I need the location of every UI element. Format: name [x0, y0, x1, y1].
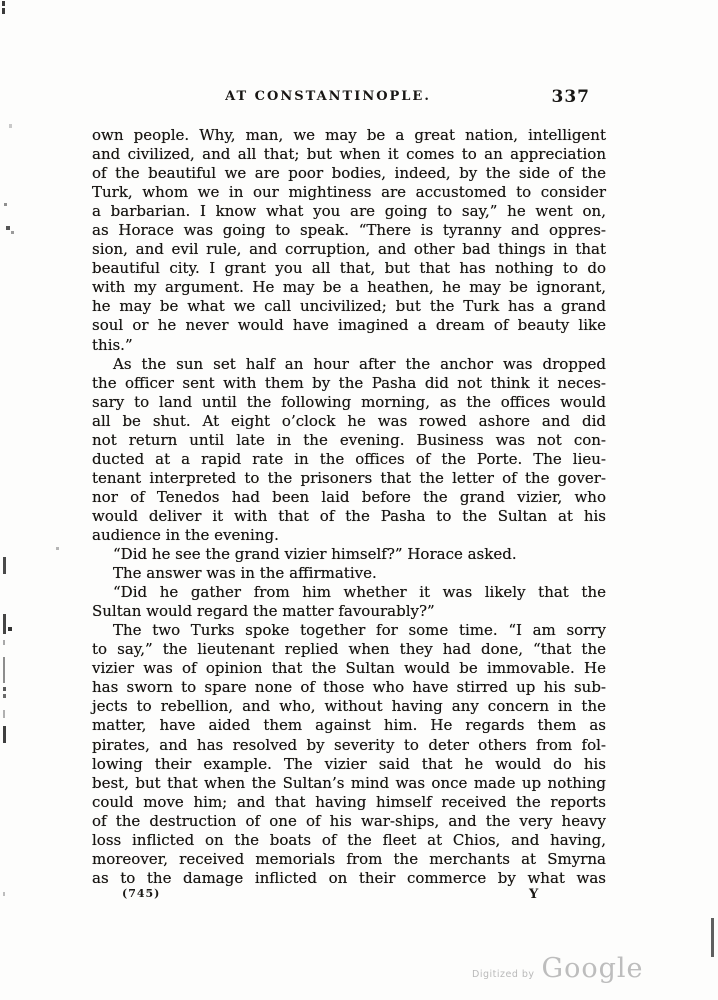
text-line: best, but that when the Sultan’s mind wa… — [92, 774, 606, 793]
text-line: could move him; and that having himself … — [92, 793, 606, 812]
text-line: As the sun set half an hour after the an… — [92, 355, 606, 374]
scan-artifact — [3, 892, 5, 896]
scan-artifact — [4, 203, 7, 206]
scan-artifact — [3, 657, 5, 683]
page-number: 337 — [552, 87, 591, 107]
text-line: this.” — [92, 336, 606, 355]
text-line: the officer sent with them by the Pasha … — [92, 374, 606, 393]
scan-artifact — [3, 694, 6, 698]
text-line: vizier was of opinion that the Sultan wo… — [92, 659, 606, 678]
scan-artifact — [8, 627, 12, 631]
running-head: AT CONSTANTINOPLE. 337 — [92, 89, 604, 107]
watermark-prefix-label: Digitized by — [472, 969, 535, 980]
scan-artifact — [3, 614, 6, 634]
gathering-signature-letter: Y — [529, 887, 538, 902]
text-line: not return until late in the evening. Bu… — [92, 431, 606, 450]
text-line: with my argument. He may be a heathen, h… — [92, 278, 606, 297]
scan-artifact — [711, 918, 714, 957]
digitization-watermark: Digitized by Google — [472, 953, 644, 984]
scan-artifact — [3, 726, 6, 743]
scan-artifact — [3, 687, 6, 691]
text-line: matter, have aided them against him. He … — [92, 716, 606, 735]
text-line: as to the damage inflicted on their comm… — [92, 869, 606, 888]
text-line: of the beautiful we are poor bodies, ind… — [92, 164, 606, 183]
text-line: pirates, and has resolved by severity to… — [92, 736, 606, 755]
text-line: as Horace was going to speak. “There is … — [92, 221, 606, 240]
text-line: own people. Why, man, we may be a great … — [92, 126, 606, 145]
scan-artifact — [3, 710, 5, 718]
text-line: of the destruction of one of his war-shi… — [92, 812, 606, 831]
text-line: The answer was in the affirmative. — [92, 564, 606, 583]
text-line: “Did he see the grand vizier himself?” H… — [92, 545, 606, 564]
scan-artifact — [3, 640, 5, 645]
text-line: ducted at a rapid rate in the offices of… — [92, 450, 606, 469]
text-line: beautiful city. I grant you all that, bu… — [92, 259, 606, 278]
text-line: sion, and evil rule, and corruption, and… — [92, 240, 606, 259]
page-footer: (745) Y — [92, 887, 606, 903]
text-line: Turk, whom we in our mightiness are accu… — [92, 183, 606, 202]
text-line: soul or he never would have imagined a d… — [92, 316, 606, 335]
scan-artifact — [56, 547, 59, 550]
scan-artifact — [2, 1, 5, 6]
text-line: sary to land until the following morning… — [92, 393, 606, 412]
text-line: Sultan would regard the matter favourabl… — [92, 602, 606, 621]
printers-signature-mark: (745) — [122, 887, 160, 900]
text-line: he may be what we call uncivilized; but … — [92, 297, 606, 316]
text-line: “Did he gather from him whether it was l… — [92, 583, 606, 602]
text-line: all be shut. At eight o’clock he was row… — [92, 412, 606, 431]
text-line: and civilized, and all that; but when it… — [92, 145, 606, 164]
scan-artifact — [3, 557, 6, 574]
text-line: has sworn to spare none of those who hav… — [92, 678, 606, 697]
text-line: The two Turks spoke together for some ti… — [92, 621, 606, 640]
text-line: moreover, received memorials from the me… — [92, 850, 606, 869]
book-page-scan: AT CONSTANTINOPLE. 337 own people. Why, … — [0, 0, 718, 1000]
text-line: would deliver it with that of the Pasha … — [92, 507, 606, 526]
text-line: to say,” the lieutenant replied when the… — [92, 640, 606, 659]
scan-artifact — [9, 124, 12, 128]
text-line: tenant interpreted to the prisoners that… — [92, 469, 606, 488]
text-line: loss inflicted on the boats of the fleet… — [92, 831, 606, 850]
text-line: nor of Tenedos had been laid before the … — [92, 488, 606, 507]
text-line: audience in the evening. — [92, 526, 606, 545]
scan-artifact — [2, 8, 5, 14]
page-header-title: AT CONSTANTINOPLE. — [92, 89, 564, 104]
text-line: lowing their example. The vizier said th… — [92, 755, 606, 774]
text-line: jects to rebellion, and who, without hav… — [92, 697, 606, 716]
page-body-text: own people. Why, man, we may be a great … — [92, 126, 606, 888]
text-line: a barbarian. I know what you are going t… — [92, 202, 606, 221]
google-logo: Google — [542, 953, 644, 984]
scan-artifact — [6, 226, 10, 230]
scan-artifact — [11, 231, 14, 234]
